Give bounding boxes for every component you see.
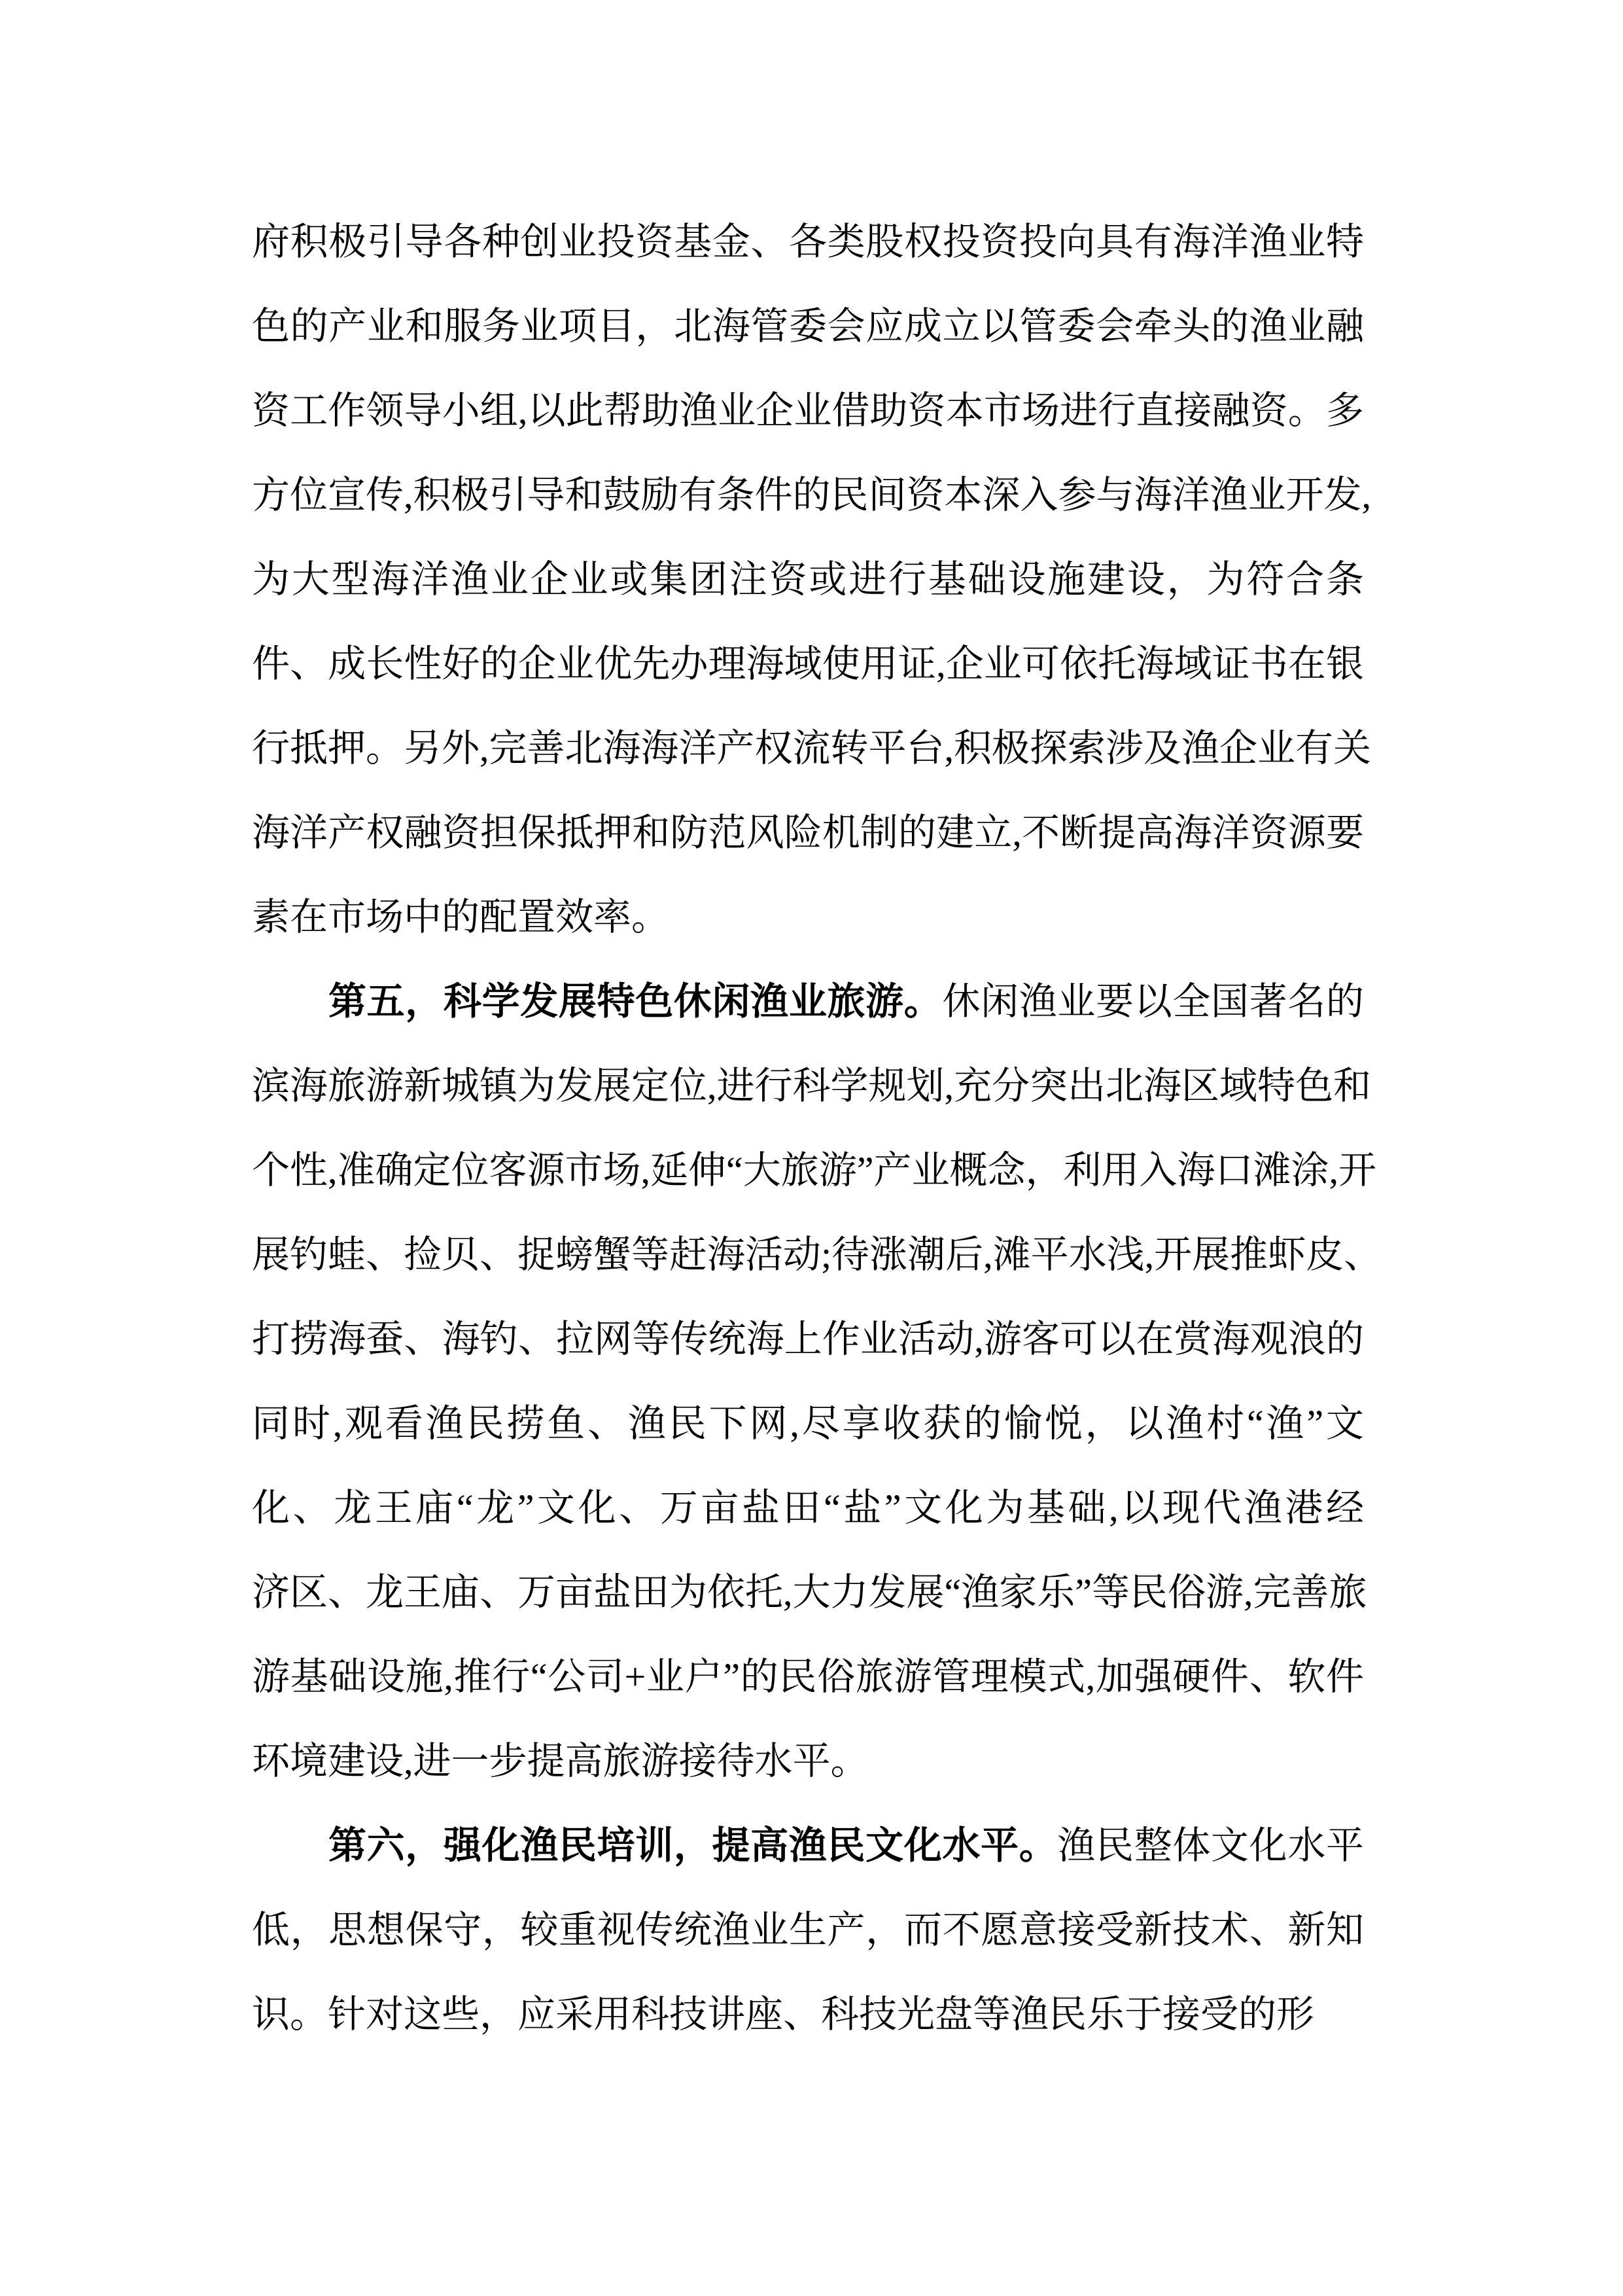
- text-run: 色的产业和服务业项目，北海管委会应成立以管委会牵头的渔业融: [252, 305, 1364, 347]
- text-run: 识。针对这些，应采用科技讲座、科技光盘等渔民乐于接受的形: [252, 1993, 1314, 2036]
- text-line-6: 件、成长性好的企业优先办理海域使用证,企业可依托海域证书在银: [252, 622, 1364, 706]
- document-page: 府积极引导各种创业投资基金、各类股权投资投向具有海洋渔业特 色的产业和服务业项目…: [0, 0, 1623, 2296]
- bold-run: 第五，科学发展特色休闲渔业旅游。: [328, 980, 942, 1023]
- text-line-10-paragraph-start: 第五，科学发展特色休闲渔业旅游。休闲渔业要以全国著名的: [252, 959, 1364, 1044]
- text-line-9-paragraph-end: 素在市场中的配置效率。: [252, 875, 1364, 959]
- text-line-7: 行抵押。另外,完善北海海洋产权流转平台,积极探索涉及渔企业有关: [252, 706, 1364, 790]
- text-run: 为大型海洋渔业企业或集团注资或进行基础设施建设，为符合条: [252, 558, 1364, 601]
- text-block: 府积极引导各种创业投资基金、各类股权投资投向具有海洋渔业特 色的产业和服务业项目…: [252, 200, 1364, 2057]
- text-line-11: 滨海旅游新城镇为发展定位,进行科学规划,充分突出北海区域特色和: [252, 1044, 1364, 1128]
- text-run: 素在市场中的配置效率。: [252, 896, 669, 938]
- text-line-16: 化、龙王庙“龙”文化、万亩盐田“盐”文化为基础,以现代渔港经: [252, 1466, 1364, 1550]
- text-line-3: 资工作领导小组,以此帮助渔业企业借助资本市场进行直接融资。多: [252, 368, 1364, 453]
- text-run: 低，思想保守，较重视传统渔业生产，而不愿意接受新技术、新知: [252, 1909, 1364, 1951]
- text-run: 化、龙王庙“龙”文化、万亩盐田“盐”文化为基础,以现代渔港经: [252, 1487, 1364, 1529]
- text-run: 渔民整体文化水平: [1057, 1824, 1364, 1867]
- text-run: 同时,观看渔民捞鱼、渔民下网,尽享收获的愉悦，以渔村“渔”文: [252, 1402, 1364, 1445]
- text-line-4: 方位宣传,积极引导和鼓励有条件的民间资本深入参与海洋渔业开发,: [252, 453, 1364, 537]
- text-line-5: 为大型海洋渔业企业或集团注资或进行基础设施建设，为符合条: [252, 537, 1364, 622]
- text-run: 环境建设,进一步提高旅游接待水平。: [252, 1740, 869, 1782]
- text-run: 行抵押。另外,完善北海海洋产权流转平台,积极探索涉及渔企业有关: [252, 727, 1371, 769]
- text-line-13: 展钓蛙、捡贝、捉螃蟹等赶海活动;待涨潮后,滩平水浅,开展推虾皮、: [252, 1212, 1364, 1297]
- text-line-20-paragraph-start: 第六，强化渔民培训，提高渔民文化水平。渔民整体文化水平: [252, 1803, 1364, 1888]
- text-line-1: 府积极引导各种创业投资基金、各类股权投资投向具有海洋渔业特: [252, 200, 1364, 284]
- text-line-18: 游基础设施,推行“公司+业户”的民俗旅游管理模式,加强硬件、软件: [252, 1634, 1364, 1719]
- text-line-2: 色的产业和服务业项目，北海管委会应成立以管委会牵头的渔业融: [252, 284, 1364, 368]
- bold-run: 第六，强化渔民培训，提高渔民文化水平。: [328, 1824, 1057, 1867]
- text-run: 打捞海蚕、海钓、拉网等传统海上作业活动,游客可以在赏海观浪的: [252, 1318, 1364, 1360]
- text-line-22-page-end: 识。针对这些，应采用科技讲座、科技光盘等渔民乐于接受的形: [252, 1972, 1364, 2057]
- text-run: 件、成长性好的企业优先办理海域使用证,企业可依托海域证书在银: [252, 643, 1364, 685]
- text-run: 海洋产权融资担保抵押和防范风险机制的建立,不断提高海洋资源要: [252, 811, 1364, 854]
- text-run: 休闲渔业要以全国著名的: [942, 980, 1364, 1023]
- text-line-21: 低，思想保守，较重视传统渔业生产，而不愿意接受新技术、新知: [252, 1888, 1364, 1972]
- text-run: 个性,准确定位客源市场,延伸“大旅游”产业概念，利用入海口滩涂,开: [252, 1149, 1376, 1192]
- text-line-19-paragraph-end: 环境建设,进一步提高旅游接待水平。: [252, 1719, 1364, 1803]
- text-line-15: 同时,观看渔民捞鱼、渔民下网,尽享收获的愉悦，以渔村“渔”文: [252, 1381, 1364, 1466]
- text-line-8: 海洋产权融资担保抵押和防范风险机制的建立,不断提高海洋资源要: [252, 790, 1364, 875]
- text-line-17: 济区、龙王庙、万亩盐田为依托,大力发展“渔家乐”等民俗游,完善旅: [252, 1550, 1364, 1634]
- text-run: 滨海旅游新城镇为发展定位,进行科学规划,充分突出北海区域特色和: [252, 1065, 1371, 1107]
- text-run: 方位宣传,积极引导和鼓励有条件的民间资本深入参与海洋渔业开发,: [252, 474, 1371, 516]
- text-run: 资工作领导小组,以此帮助渔业企业借助资本市场进行直接融资。多: [252, 389, 1364, 432]
- text-run: 济区、龙王庙、万亩盐田为依托,大力发展“渔家乐”等民俗游,完善旅: [252, 1571, 1367, 1614]
- text-line-12: 个性,准确定位客源市场,延伸“大旅游”产业概念，利用入海口滩涂,开: [252, 1128, 1364, 1212]
- text-line-14: 打捞海蚕、海钓、拉网等传统海上作业活动,游客可以在赏海观浪的: [252, 1297, 1364, 1381]
- text-run: 府积极引导各种创业投资基金、各类股权投资投向具有海洋渔业特: [252, 221, 1364, 263]
- text-run: 游基础设施,推行“公司+业户”的民俗旅游管理模式,加强硬件、软件: [252, 1655, 1364, 1698]
- text-run: 展钓蛙、捡贝、捉螃蟹等赶海活动;待涨潮后,滩平水浅,开展推虾皮、: [252, 1233, 1382, 1276]
